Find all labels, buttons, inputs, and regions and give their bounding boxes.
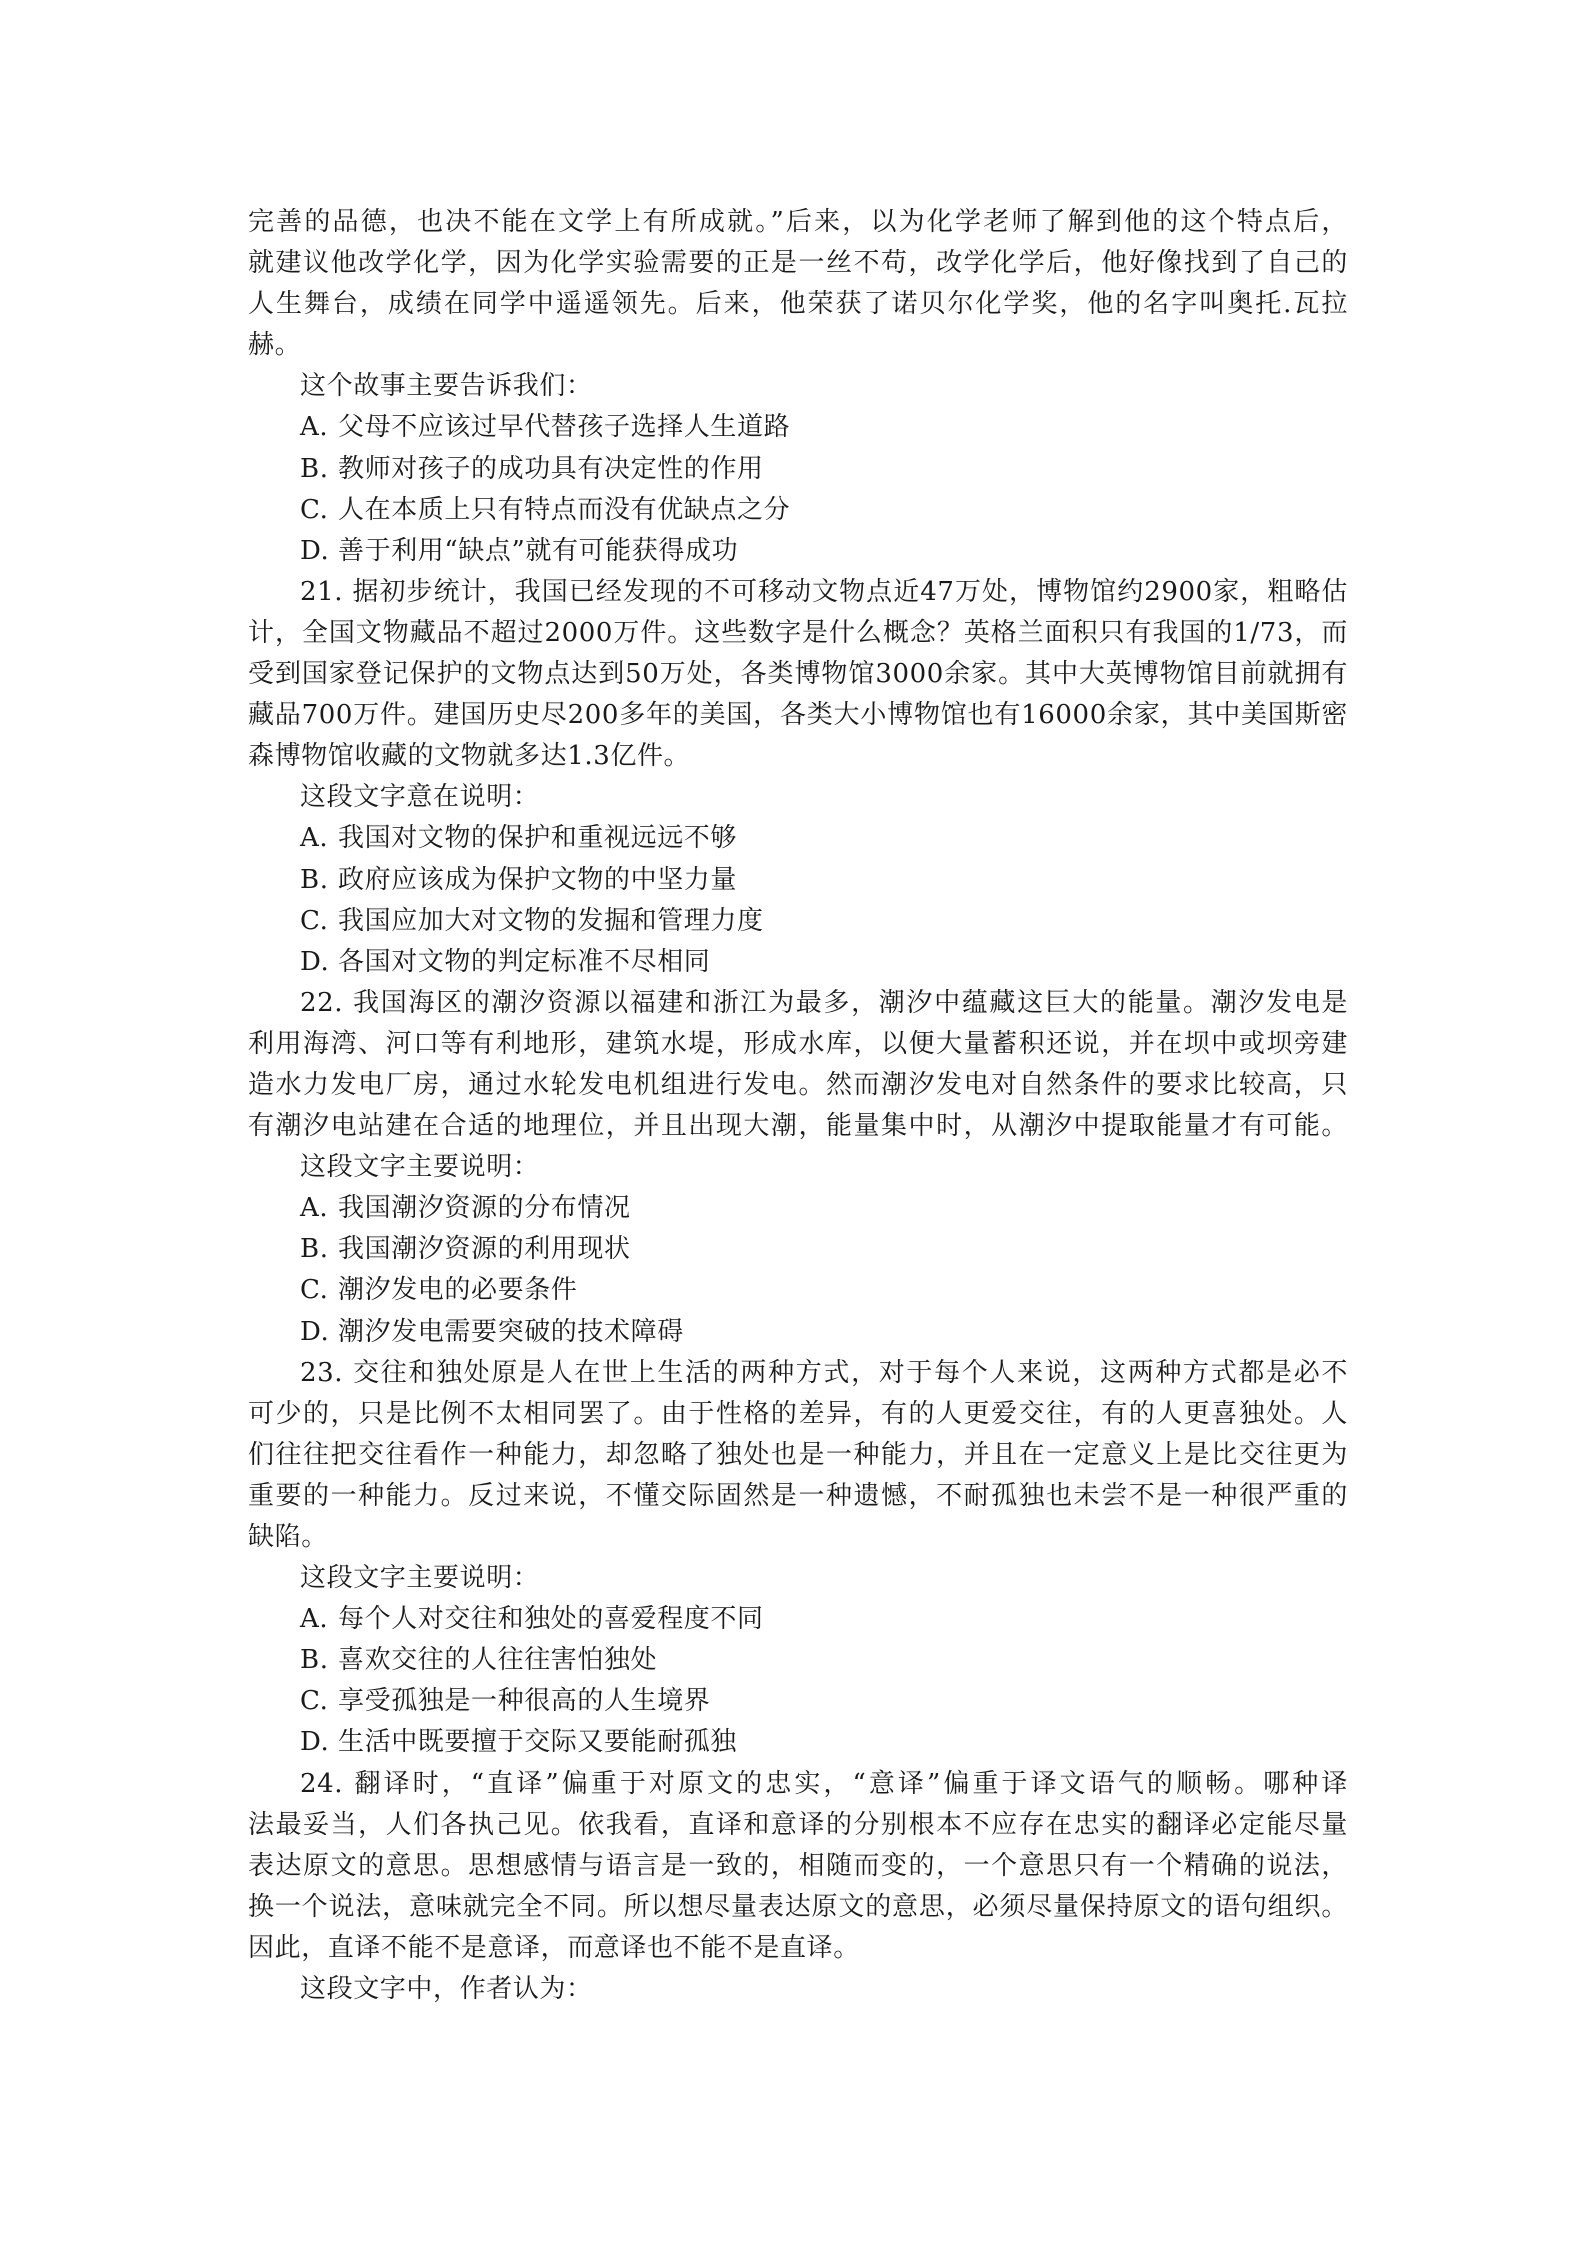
passage-line: 利用海湾、河口等有利地形，建筑水堤，形成水库，以便大量蓄积还说，并在坝中或坝旁建 xyxy=(248,1024,1348,1065)
option-letter: B. xyxy=(300,1229,338,1270)
question-prompt: 这段文字主要说明： xyxy=(248,1558,1348,1599)
option-text: 我国对文物的保护和重视远远不够 xyxy=(338,823,737,853)
passage-line: 森博物馆收藏的文物就多达1.3亿件。 xyxy=(248,736,1348,777)
question-prompt: 这段文字意在说明： xyxy=(248,777,1348,818)
question-23: 23. 交往和独处原是人在世上生活的两种方式，对于每个人来说，这两种方式都是必不… xyxy=(248,1353,1348,1764)
passage-line: 受到国家登记保护的文物点达到50万处，各类博物馆3000余家。其中大英博物馆目前… xyxy=(248,654,1348,695)
question-prompt: 这段文字中，作者认为： xyxy=(248,1969,1348,2010)
passage-line: 就建议他改学化学，因为化学实验需要的正是一丝不苟，改学化学后，他好像找到了自己的 xyxy=(248,243,1348,284)
option-c: C.潮汐发电的必要条件 xyxy=(248,1270,1348,1311)
option-d: D.各国对文物的判定标准不尽相同 xyxy=(248,942,1348,983)
option-d: D.生活中既要擅于交际又要能耐孤独 xyxy=(248,1722,1348,1763)
passage-line: 完善的品德，也决不能在文学上有所成就。”后来，以为化学老师了解到他的这个特点后， xyxy=(248,202,1348,243)
option-letter: C. xyxy=(300,490,338,531)
passage-line: 们往往把交往看作一种能力，却忽略了独处也是一种能力，并且在一定意义上是比交往更为 xyxy=(248,1435,1348,1476)
option-text: 享受孤独是一种很高的人生境界 xyxy=(338,1686,710,1716)
option-d: D.潮汐发电需要突破的技术障碍 xyxy=(248,1312,1348,1353)
option-text: 父母不应该过早代替孩子选择人生道路 xyxy=(338,412,790,442)
passage-line: 表达原文的意思。思想感情与语言是一致的，相随而变的，一个意思只有一个精确的说法， xyxy=(248,1846,1348,1887)
passage-continuation: 完善的品德，也决不能在文学上有所成就。”后来，以为化学老师了解到他的这个特点后，… xyxy=(248,202,1348,572)
option-text: 每个人对交往和独处的喜爱程度不同 xyxy=(338,1604,764,1634)
option-b: B.喜欢交往的人往往害怕独处 xyxy=(248,1640,1348,1681)
passage-line: 23. 交往和独处原是人在世上生活的两种方式，对于每个人来说，这两种方式都是必不 xyxy=(248,1353,1348,1394)
option-letter: C. xyxy=(300,1270,338,1311)
passage-line: 赫。 xyxy=(248,325,1348,366)
option-text: 潮汐发电需要突破的技术障碍 xyxy=(338,1317,684,1347)
option-letter: D. xyxy=(300,1312,338,1353)
passage-line: 21. 据初步统计，我国已经发现的不可移动文物点近47万处，博物馆约2900家，… xyxy=(248,572,1348,613)
option-text: 潮汐发电的必要条件 xyxy=(338,1275,577,1305)
passage-text: 完善的品德，也决不能在文学上有所成就。”后来，以为化学老师了解到他的这个特点后，… xyxy=(248,202,1348,366)
question-21: 21. 据初步统计，我国已经发现的不可移动文物点近47万处，博物馆约2900家，… xyxy=(248,572,1348,983)
option-b: B.我国潮汐资源的利用现状 xyxy=(248,1229,1348,1270)
question-passage: 22. 我国海区的潮汐资源以福建和浙江为最多，潮汐中蕴藏这巨大的能量。潮汐发电是… xyxy=(248,983,1348,1147)
option-letter: B. xyxy=(300,1640,338,1681)
passage-line: 缺陷。 xyxy=(248,1517,1348,1558)
option-b: B.教师对孩子的成功具有决定性的作用 xyxy=(248,449,1348,490)
option-d: D.善于利用“缺点”就有可能获得成功 xyxy=(248,531,1348,572)
passage-line: 22. 我国海区的潮汐资源以福建和浙江为最多，潮汐中蕴藏这巨大的能量。潮汐发电是 xyxy=(248,983,1348,1024)
passage-line: 计，全国文物藏品不超过2000万件。这些数字是什么概念？英格兰面积只有我国的1/… xyxy=(248,613,1348,654)
question-passage: 24. 翻译时，“直译”偏重于对原文的忠实，“意译”偏重于译文语气的顺畅。哪种译… xyxy=(248,1764,1348,1969)
option-letter: A. xyxy=(300,407,338,448)
option-text: 喜欢交往的人往往害怕独处 xyxy=(338,1645,657,1675)
option-text: 我国应加大对文物的发掘和管理力度 xyxy=(338,906,764,936)
passage-line: 造水力发电厂房，通过水轮发电机组进行发电。然而潮汐发电对自然条件的要求比较高，只 xyxy=(248,1065,1348,1106)
option-letter: A. xyxy=(300,1188,338,1229)
passage-line: 人生舞台，成绩在同学中遥遥领先。后来，他荣获了诺贝尔化学奖，他的名字叫奥托.瓦拉 xyxy=(248,284,1348,325)
option-letter: A. xyxy=(300,1599,338,1640)
option-letter: C. xyxy=(300,901,338,942)
question-passage: 23. 交往和独处原是人在世上生活的两种方式，对于每个人来说，这两种方式都是必不… xyxy=(248,1353,1348,1558)
option-text: 人在本质上只有特点而没有优缺点之分 xyxy=(338,495,790,525)
option-a: A.每个人对交往和独处的喜爱程度不同 xyxy=(248,1599,1348,1640)
passage-line: 可少的，只是比例不太相同罢了。由于性格的差异，有的人更爱交往，有的人更喜独处。人 xyxy=(248,1394,1348,1435)
option-text: 生活中既要擅于交际又要能耐孤独 xyxy=(338,1727,737,1757)
option-c: C.享受孤独是一种很高的人生境界 xyxy=(248,1681,1348,1722)
option-a: A.我国潮汐资源的分布情况 xyxy=(248,1188,1348,1229)
option-letter: C. xyxy=(300,1681,338,1722)
passage-line: 24. 翻译时，“直译”偏重于对原文的忠实，“意译”偏重于译文语气的顺畅。哪种译 xyxy=(248,1764,1348,1805)
option-text: 善于利用“缺点”就有可能获得成功 xyxy=(338,536,738,566)
option-text: 各国对文物的判定标准不尽相同 xyxy=(338,947,710,977)
option-c: C.我国应加大对文物的发掘和管理力度 xyxy=(248,901,1348,942)
passage-line: 换一个说法，意味就完全不同。所以想尽量表达原文的意思，必须尽量保持原文的语句组织… xyxy=(248,1887,1348,1928)
question-prompt: 这段文字主要说明： xyxy=(248,1147,1348,1188)
option-letter: D. xyxy=(300,531,338,572)
passage-line: 有潮汐电站建在合适的地理位，并且出现大潮，能量集中时，从潮汐中提取能量才有可能。 xyxy=(248,1106,1348,1147)
document-page: 完善的品德，也决不能在文学上有所成就。”后来，以为化学老师了解到他的这个特点后，… xyxy=(248,202,1348,2010)
option-a: A.我国对文物的保护和重视远远不够 xyxy=(248,818,1348,859)
passage-line: 重要的一种能力。反过来说，不懂交际固然是一种遗憾，不耐孤独也未尝不是一种很严重的 xyxy=(248,1476,1348,1517)
option-b: B.政府应该成为保护文物的中坚力量 xyxy=(248,860,1348,901)
option-letter: B. xyxy=(300,860,338,901)
option-letter: B. xyxy=(300,449,338,490)
option-c: C.人在本质上只有特点而没有优缺点之分 xyxy=(248,490,1348,531)
option-letter: D. xyxy=(300,1722,338,1763)
option-text: 我国潮汐资源的利用现状 xyxy=(338,1234,631,1264)
option-text: 政府应该成为保护文物的中坚力量 xyxy=(338,865,737,895)
passage-line: 法最妥当，人们各执己见。依我看，直译和意译的分别根本不应存在忠实的翻译必定能尽量 xyxy=(248,1805,1348,1846)
passage-line: 因此，直译不能不是意译，而意译也不能不是直译。 xyxy=(248,1928,1348,1969)
passage-line: 藏品700万件。建国历史尽200多年的美国，各类大小博物馆也有16000余家，其… xyxy=(248,695,1348,736)
option-letter: A. xyxy=(300,818,338,859)
question-prompt: 这个故事主要告诉我们： xyxy=(248,366,1348,407)
question-24: 24. 翻译时，“直译”偏重于对原文的忠实，“意译”偏重于译文语气的顺畅。哪种译… xyxy=(248,1764,1348,2011)
question-passage: 21. 据初步统计，我国已经发现的不可移动文物点近47万处，博物馆约2900家，… xyxy=(248,572,1348,777)
question-22: 22. 我国海区的潮汐资源以福建和浙江为最多，潮汐中蕴藏这巨大的能量。潮汐发电是… xyxy=(248,983,1348,1353)
option-a: A.父母不应该过早代替孩子选择人生道路 xyxy=(248,407,1348,448)
option-text: 我国潮汐资源的分布情况 xyxy=(338,1193,631,1223)
option-text: 教师对孩子的成功具有决定性的作用 xyxy=(338,454,764,484)
option-letter: D. xyxy=(300,942,338,983)
